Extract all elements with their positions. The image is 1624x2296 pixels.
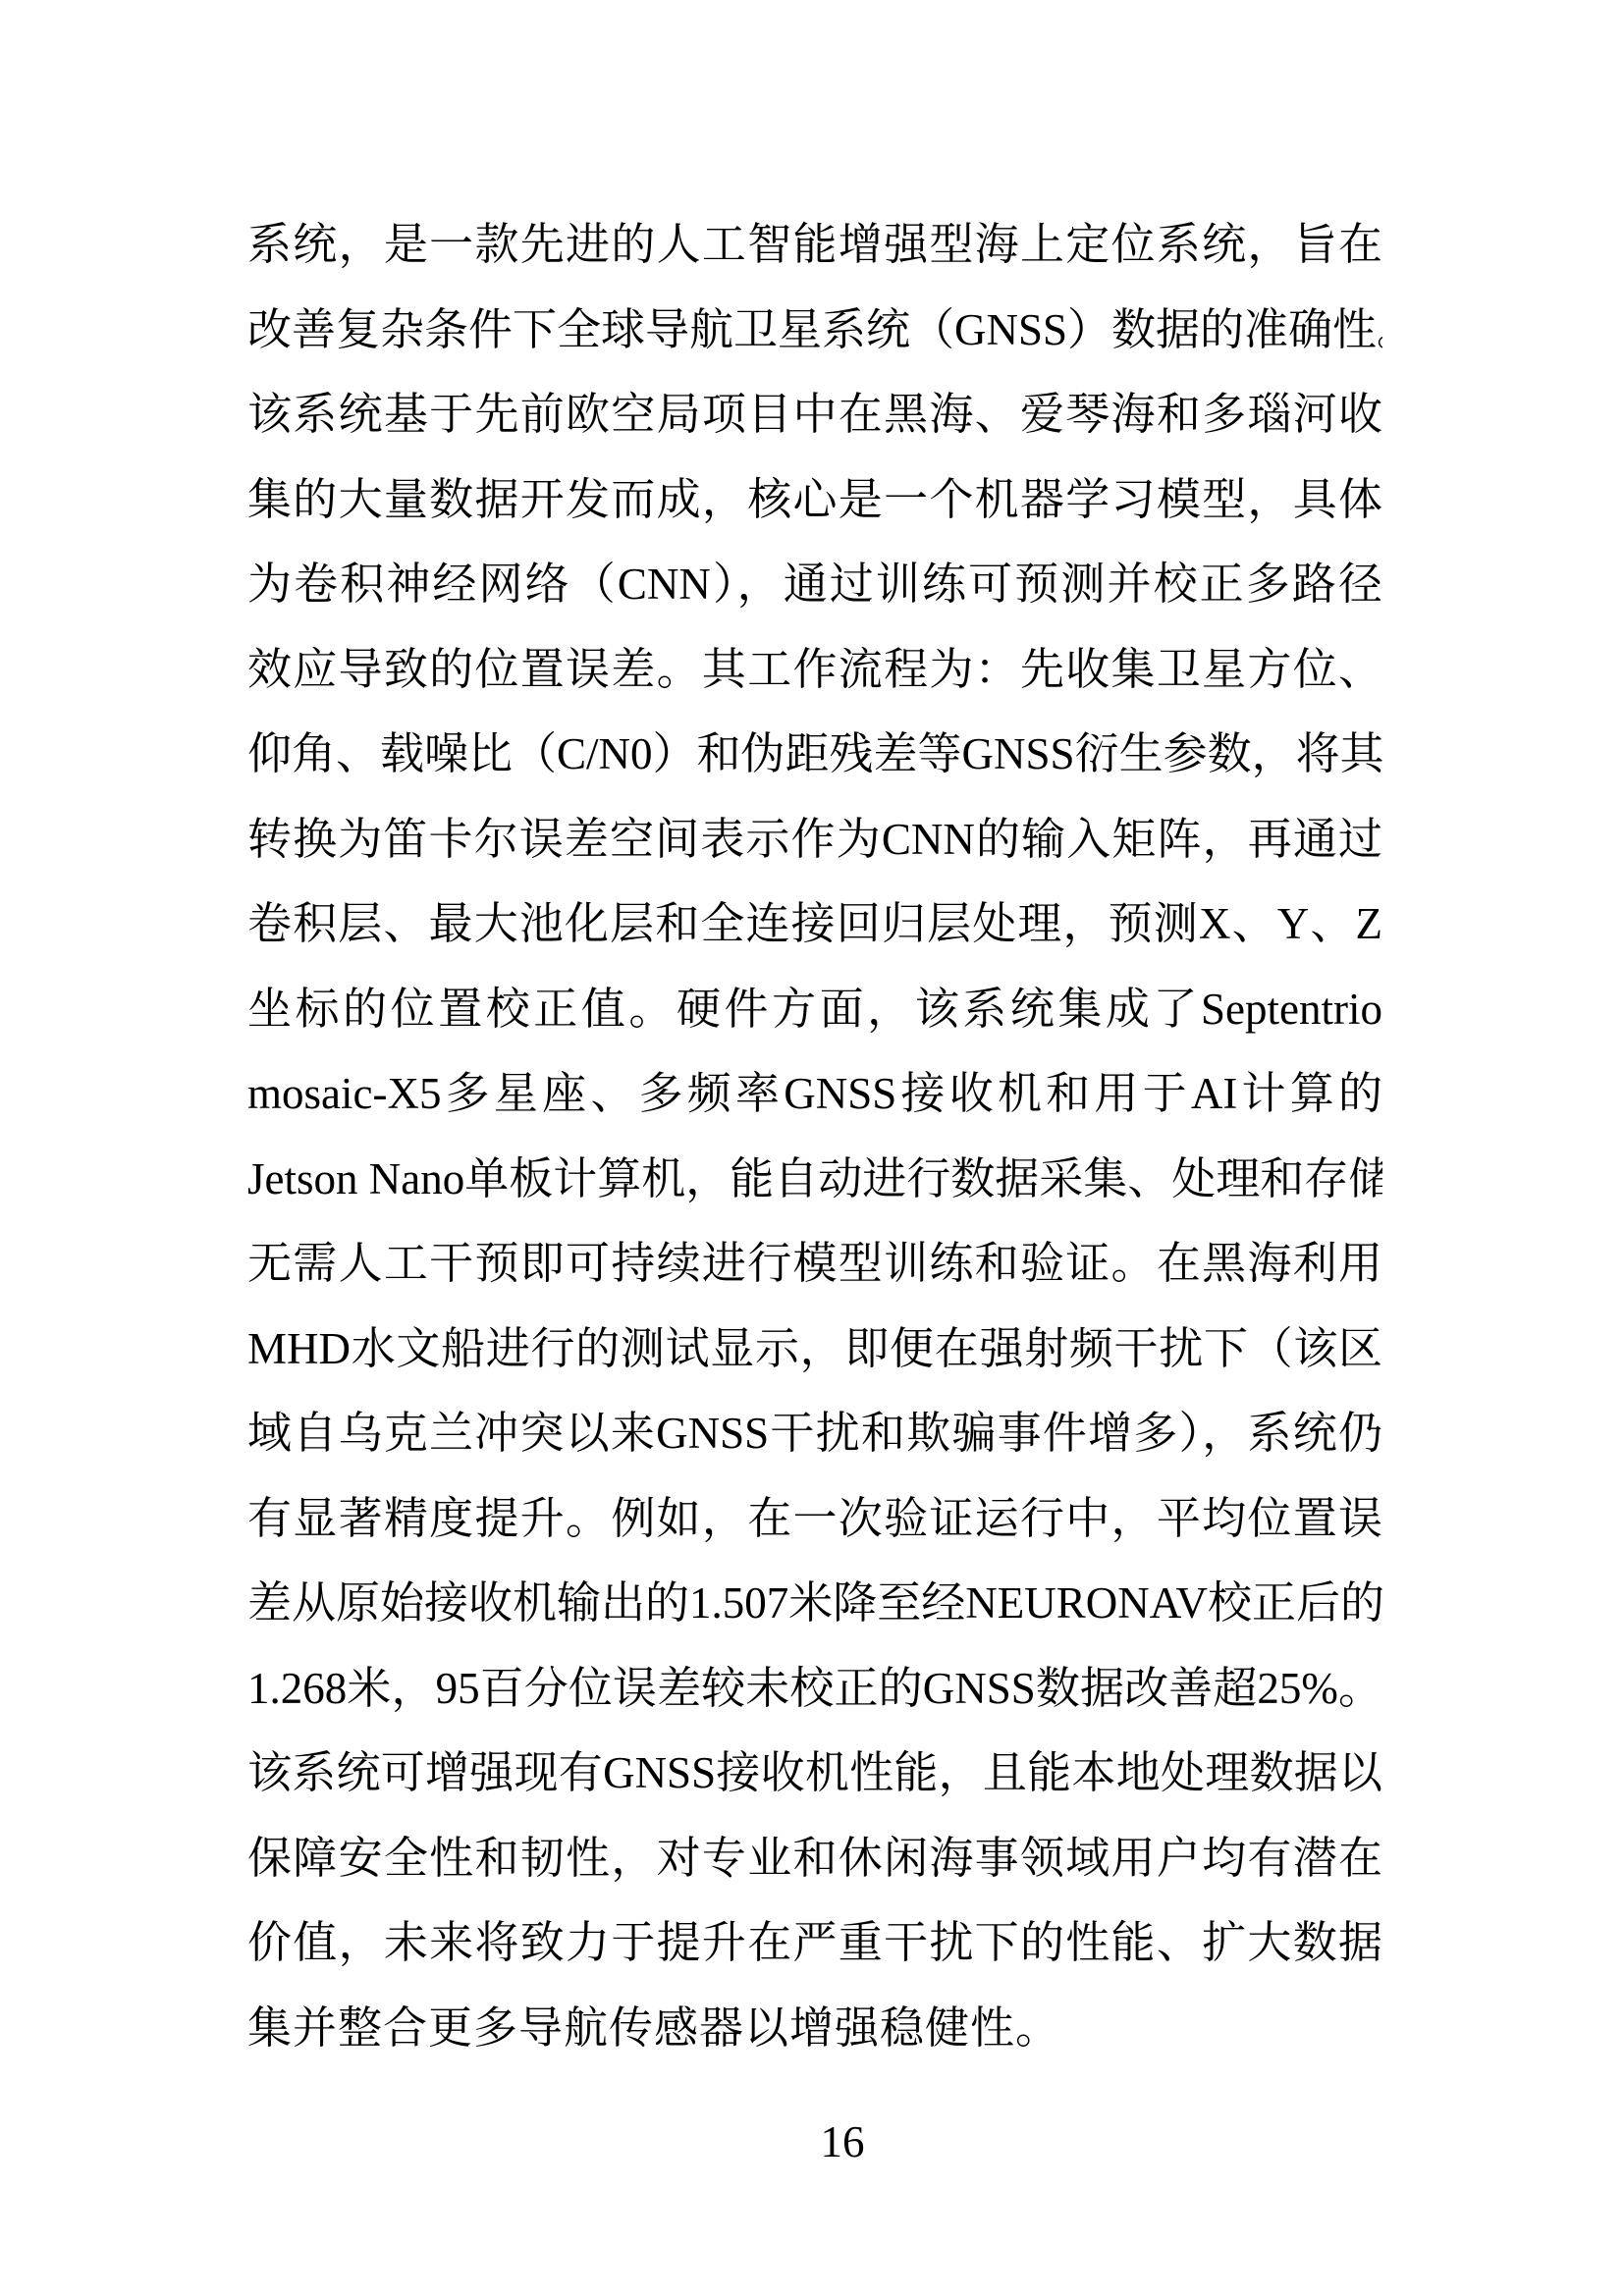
body-text-line: 转换为笛卡尔误差空间表示作为CNN的输入矩阵，再通过 [247, 797, 1382, 882]
body-text-line: 有显著精度提升。例如，在一次验证运行中，平均位置误 [247, 1476, 1382, 1562]
body-text: 系统，是一款先进的人工智能增强型海上定位系统，旨在 改善复杂条件下全球导航卫星系… [247, 202, 1382, 2070]
body-text-line: 效应导致的位置误差。其工作流程为：先收集卫星方位、 [247, 627, 1382, 713]
body-text-line: 保障安全性和韧性，对专业和休闲海事领域用户均有潜在 [247, 1816, 1382, 1901]
body-text-line: 改善复杂条件下全球导航卫星系统（GNSS）数据的准确性。 [247, 288, 1382, 373]
body-text-line: 集并整合更多导航传感器以增强稳健性。 [247, 1986, 1382, 2071]
body-text-line: Jetson Nano单板计算机，能自动进行数据采集、处理和存储， [247, 1137, 1382, 1222]
body-text-line: 无需人工干预即可持续进行模型训练和验证。在黑海利用 [247, 1221, 1382, 1307]
body-text-line: 卷积层、最大池化层和全连接回归层处理，预测X、Y、Z [247, 881, 1382, 967]
body-text-line: mosaic-X5多星座、多频率GNSS接收机和用于AI计算的 [247, 1051, 1382, 1137]
page-number: 16 [821, 2120, 865, 2164]
body-text-line: 为卷积神经网络（CNN），通过训练可预测并校正多路径 [247, 542, 1382, 627]
body-text-line: 价值，未来将致力于提升在严重干扰下的性能、扩大数据 [247, 1900, 1382, 1986]
body-text-line: 1.268米，95百分位误差较未校正的GNSS数据改善超25%。 [247, 1646, 1382, 1732]
body-text-line: 仰角、载噪比（C/N0）和伪距残差等GNSS衍生参数，将其 [247, 712, 1382, 797]
body-text-line: MHD水文船进行的测试显示，即便在强射频干扰下（该区 [247, 1307, 1382, 1392]
body-text-line: 该系统可增强现有GNSS接收机性能，且能本地处理数据以 [247, 1731, 1382, 1816]
body-text-line: 该系统基于先前欧空局项目中在黑海、爱琴海和多瑙河收 [247, 372, 1382, 457]
body-text-line: 系统，是一款先进的人工智能增强型海上定位系统，旨在 [247, 202, 1382, 288]
body-text-line: 坐标的位置校正值。硬件方面，该系统集成了Septentrio [247, 967, 1382, 1052]
document-page: 系统，是一款先进的人工智能增强型海上定位系统，旨在 改善复杂条件下全球导航卫星系… [0, 0, 1624, 2296]
body-text-line: 集的大量数据开发而成，核心是一个机器学习模型，具体 [247, 457, 1382, 543]
body-text-line: 差从原始接收机输出的1.507米降至经NEURONAV校正后的 [247, 1561, 1382, 1646]
body-text-line: 域自乌克兰冲突以来GNSS干扰和欺骗事件增多），系统仍 [247, 1391, 1382, 1476]
